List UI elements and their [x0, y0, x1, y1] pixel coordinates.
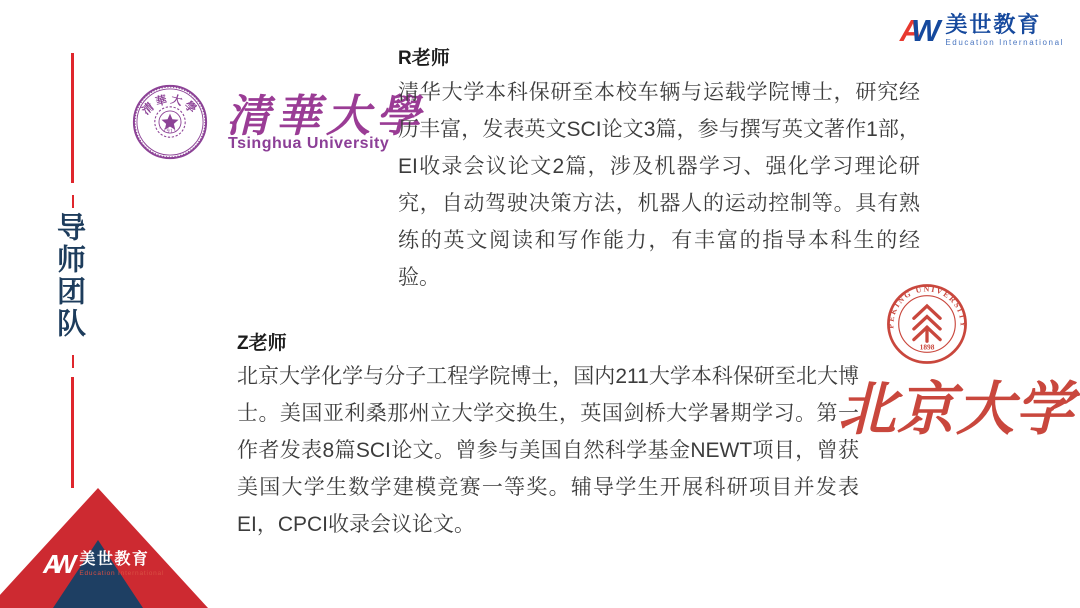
svg-text:· 1911 ·: · 1911 · [157, 126, 183, 135]
tsinghua-seal-year: · 1911 · [157, 126, 183, 135]
peking-seal-icon: PEKING UNIVERSITY 1898 [886, 283, 968, 365]
footer-aw-logo-icon: AW [43, 551, 74, 577]
footer-brand-logo: AW 美世教育 Education International [43, 551, 164, 577]
aw-logo-icon: AW [900, 15, 939, 46]
peking-calligraphy: 北京大学 [838, 362, 1074, 446]
mentor-r-name: R老师 [398, 43, 450, 70]
footer-aw-logo-w: W [52, 549, 75, 579]
left-accent-line-top [71, 53, 74, 183]
tsinghua-seal-star [161, 114, 178, 130]
footer-brand-name-cn: 美世教育 [79, 551, 149, 569]
brand-text: 美世教育 Education International [945, 13, 1064, 47]
peking-seal-emblem [914, 306, 940, 341]
footer-brand-text: 美世教育 Education International [79, 551, 164, 577]
brand-name-en: Education International [945, 38, 1064, 47]
left-accent-dash-lower [72, 355, 74, 368]
mentor-z-bio: 北京大学化学与分子工程学院博士，国内211大学本科保研至北大博士。美国亚利桑那州… [237, 358, 859, 543]
slide: 导师团队 AW 美世教育 Education International 清華大… [0, 0, 1080, 608]
tsinghua-seal-icon: 清華大學 · 1911 · [132, 84, 208, 160]
footer-brand-name-en: Education International [79, 570, 164, 577]
mentor-z-name: Z老师 [237, 328, 287, 355]
left-accent-line-bottom [71, 377, 74, 488]
left-accent-dash-upper [72, 195, 74, 208]
page-title: 导师团队 [49, 212, 90, 352]
brand-logo: AW 美世教育 Education International [900, 13, 1064, 47]
mentor-r-bio: 清华大学本科保研至本校车辆与运载学院博士，研究经历丰富，发表英文SCI论文3篇，… [398, 74, 920, 296]
tsinghua-name-en: Tsinghua University [228, 135, 389, 153]
peking-seal-year: 1898 [920, 342, 935, 351]
aw-logo-w: W [911, 13, 938, 48]
brand-name-cn: 美世教育 [945, 13, 1041, 37]
